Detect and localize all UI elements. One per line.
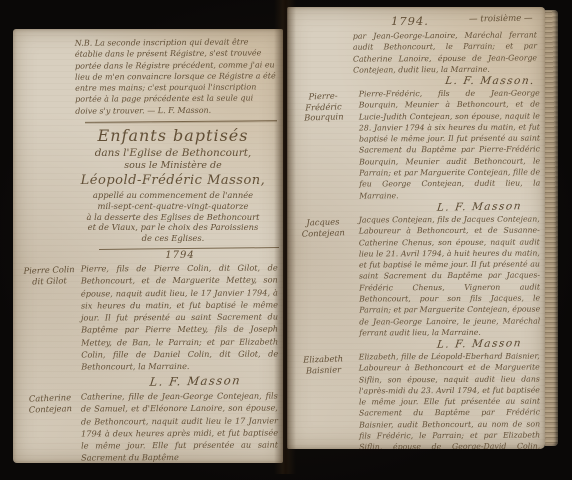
left-page: N.B. La seconde inscription qui devait ê… [13,29,283,463]
entry-margin-name: Catherine Contejean [13,389,82,463]
entry-main: Elizabeth, fille de Léopold-Eberhard Bai… [359,351,545,449]
entry-margin-name: Jacques Contejean [287,213,361,352]
heading-detail-1: appellé au commencement de l'année [65,190,281,201]
entry-body-text: Pierre, fils de Pierre Colin, dit Gilot,… [81,262,279,374]
heading-detail-3: à la desserte des Eglises de Bethoncourt [65,212,281,223]
baptism-register-heading: Enfants baptisés dans l'Eglise de Bethon… [65,126,281,244]
pastor-signature: L. F. Masson. [356,75,536,87]
heading-church: dans l'Eglise de Bethoncourt, [65,147,281,159]
pastor-signature: L. F. Masson [428,338,531,352]
baptism-entry: Jacques Contejean Jacques Contejean, fil… [287,214,545,350]
pastor-signature: L. F. Masson [428,200,531,214]
heading-ministry: sous le Ministère de [65,160,281,171]
baptism-entry: Pierre-Frédéric Bourquin Pierre-Frédéric… [287,88,545,213]
entry-main: Pierre, fils de Pierre Colin, dit Gilot,… [81,262,283,389]
baptism-entry: Pierre Colin dit Gilot Pierre, fils de P… [13,262,283,389]
year-label-left: 1794 [77,250,283,261]
pastor-signature: L. F. Masson [126,373,265,389]
right-page: 1794. — troisième — par Jean-George-Lano… [287,7,545,449]
register-spread: N.B. La seconde inscription qui devait ê… [0,0,572,480]
entry-continuation-text: par Jean-George-Lanoire, Maréchal ferran… [353,29,537,75]
entry-main: Pierre-Frédéric, fils de Jean-George Bou… [359,88,545,213]
heading-detail-5: de ces Eglises. [65,233,281,244]
entry-main: Catherine, fille de Jean-George Contejea… [81,390,283,463]
entry-margin-name: Elizabeth Baisnier [287,350,361,449]
year-label-right: 1794. [391,14,469,28]
entry-main: Jacques Contejean, fils de Jacques Conte… [359,214,545,350]
right-page-header: 1794. — troisième — [287,14,537,28]
note-divider-line [85,120,277,123]
marginal-nb-note: N.B. La seconde inscription qui devait ê… [75,36,278,116]
heading-title: Enfants baptisés [65,126,281,145]
page-edge-stack [545,10,558,446]
heading-detail-2: mil-sept-cent-quatre-vingt-quatorze [65,201,281,212]
folio-number-label: — troisième — [469,13,533,24]
entry-body-text: Catherine, fille de Jean-George Contejea… [81,389,278,463]
entry-body-text: Pierre-Frédéric, fils de Jean-George Bou… [359,88,541,202]
entry-margin-name: Pierre-Frédéric Bourquin [287,87,361,214]
entry-margin-name: Pierre Colin dit Gilot [13,261,83,390]
heading-pastor-name: Léopold-Frédéric Masson, [65,173,281,188]
entry-body-text: Jacques Contejean, fils de Jacques Conte… [359,214,541,339]
baptism-entry: Elizabeth Baisnier Elizabeth, fille de L… [287,351,545,449]
heading-detail-4: et de Viaux, par le choix des Paroissien… [65,222,281,233]
baptism-entry: Catherine Contejean Catherine, fille de … [13,390,283,463]
entry-body-text: Elizabeth, fille de Léopold-Eberhard Bai… [359,351,541,449]
